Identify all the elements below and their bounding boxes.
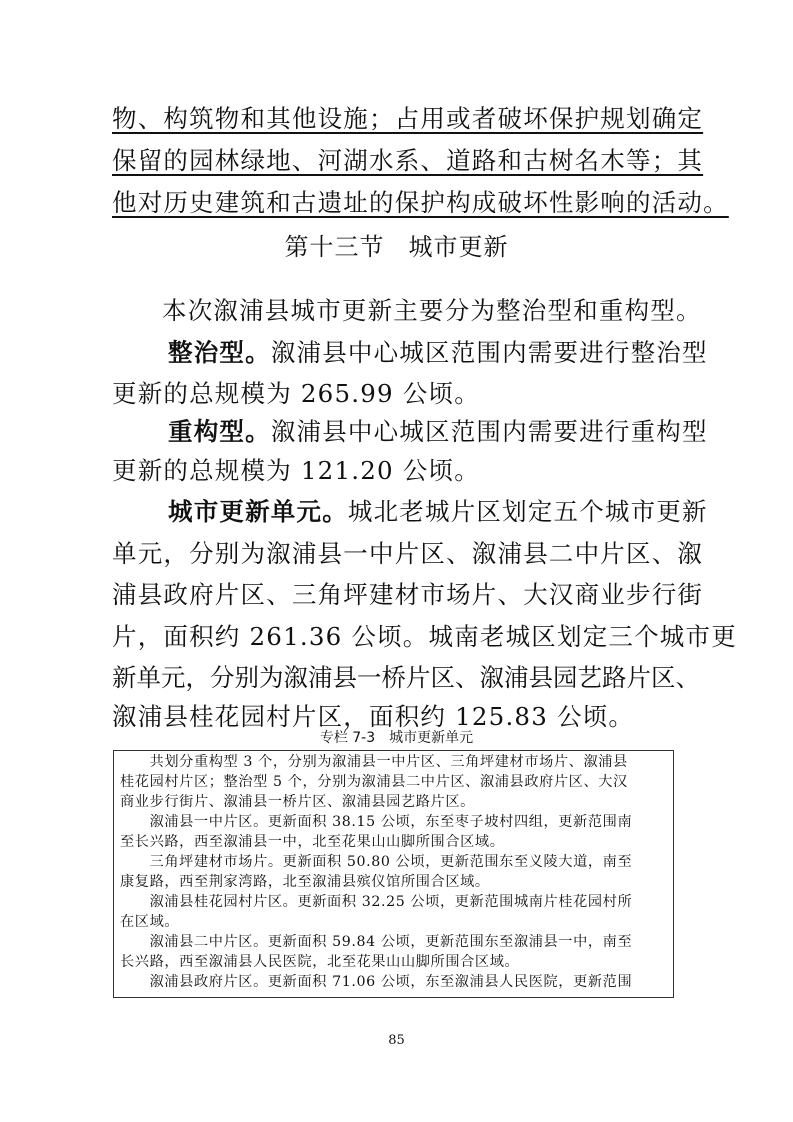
box-title: 专栏 7-3城市更新单元 <box>0 729 793 747</box>
units-paragraph-line-6: 溆浦县桂花园村片区，面积约 125.83 公顷。 <box>112 702 678 732</box>
document-page: 物、构筑物和其他设施；占用或者破坏保护规划确定 保留的园林绿地、河湖水系、道路和… <box>0 0 793 1122</box>
sidebar-box: 共划分重构型 3 个，分别为溆浦县一中片区、三角坪建材市场片、溆浦县 桂花园村片… <box>113 750 674 998</box>
renovation-label: 整治型。 <box>168 338 271 367</box>
section-heading: 第十三节城市更新 <box>0 232 793 262</box>
units-text: 城北老城片区划定五个城市更新 <box>348 497 708 526</box>
box-line: 桂花园村片区；整治型 5 个，分别为溆浦县二中片区、溆浦县政府片区、大汉 <box>120 773 668 791</box>
box-line: 长兴路，西至溆浦县人民医院，北至花果山山脚所围合区域。 <box>120 953 668 971</box>
continuation-line-3: 他对历史建筑和古遗址的保护构成破坏性影响的活动。 <box>112 188 702 218</box>
box-line: 三角坪建材市场片。更新面积 50.80 公顷，更新范围东至义陵大道，南至 <box>120 853 668 871</box>
renovation-paragraph-line-1: 整治型。溆浦县中心城区范围内需要进行整治型 <box>112 338 712 368</box>
box-line: 至长兴路，西至溆浦县一中，北至花果山山脚所围合区域。 <box>120 833 668 851</box>
box-line: 溆浦县桂花园村片区。更新面积 32.25 公顷，更新范围城南片桂花园村所 <box>120 893 668 911</box>
intro-paragraph: 本次溆浦县城市更新主要分为整治型和重构型。 <box>112 296 702 326</box>
box-line: 共划分重构型 3 个，分别为溆浦县一中片区、三角坪建材市场片、溆浦县 <box>120 753 668 771</box>
units-paragraph-line-3: 浦县政府片区、三角坪建材市场片、大汉商业步行街 <box>112 580 678 610</box>
units-paragraph-line-1: 城市更新单元。城北老城片区划定五个城市更新 <box>112 497 712 527</box>
reconstruction-text: 溆浦县中心城区范围内需要进行重构型 <box>271 417 708 446</box>
reconstruction-paragraph-line-1: 重构型。溆浦县中心城区范围内需要进行重构型 <box>112 417 712 447</box>
reconstruction-paragraph-line-2: 更新的总规模为 121.20 公顷。 <box>112 456 678 486</box>
page-number: 85 <box>0 1033 793 1049</box>
box-line: 溆浦县二中片区。更新面积 59.84 公顷，更新范围东至溆浦县一中，南至 <box>120 933 668 951</box>
section-number: 第十三节 <box>285 233 385 261</box>
renovation-text: 溆浦县中心城区范围内需要进行整治型 <box>271 338 708 367</box>
box-line: 在区域。 <box>120 913 668 931</box>
units-paragraph-line-4: 片，面积约 261.36 公顷。城南老城区划定三个城市更 <box>112 622 678 652</box>
continuation-line-1: 物、构筑物和其他设施；占用或者破坏保护规划确定 <box>112 104 678 134</box>
box-line: 商业步行街片、溆浦县一桥片区、溆浦县园艺路片区。 <box>120 793 668 811</box>
section-title: 城市更新 <box>409 233 509 261</box>
renovation-paragraph-line-2: 更新的总规模为 265.99 公顷。 <box>112 379 678 409</box>
reconstruction-label: 重构型。 <box>168 417 271 446</box>
continuation-line-2: 保留的园林绿地、河湖水系、道路和古树名木等；其 <box>112 146 678 176</box>
units-paragraph-line-5: 新单元，分别为溆浦县一桥片区、溆浦县园艺路片区、 <box>112 663 678 693</box>
box-title-text: 城市更新单元 <box>389 730 473 746</box>
box-label: 专栏 7-3 <box>320 730 375 746</box>
box-line: 溆浦县政府片区。更新面积 71.06 公顷，东至溆浦县人民医院，更新范围 <box>120 973 668 991</box>
units-label: 城市更新单元。 <box>168 497 348 526</box>
units-paragraph-line-2: 单元，分别为溆浦县一中片区、溆浦县二中片区、溆 <box>112 539 678 569</box>
box-line: 溆浦县一中片区。更新面积 38.15 公顷，东至枣子坡村四组，更新范围南 <box>120 813 668 831</box>
box-line: 康复路，西至荆家湾路，北至溆浦县殡仪馆所围合区域。 <box>120 873 668 891</box>
